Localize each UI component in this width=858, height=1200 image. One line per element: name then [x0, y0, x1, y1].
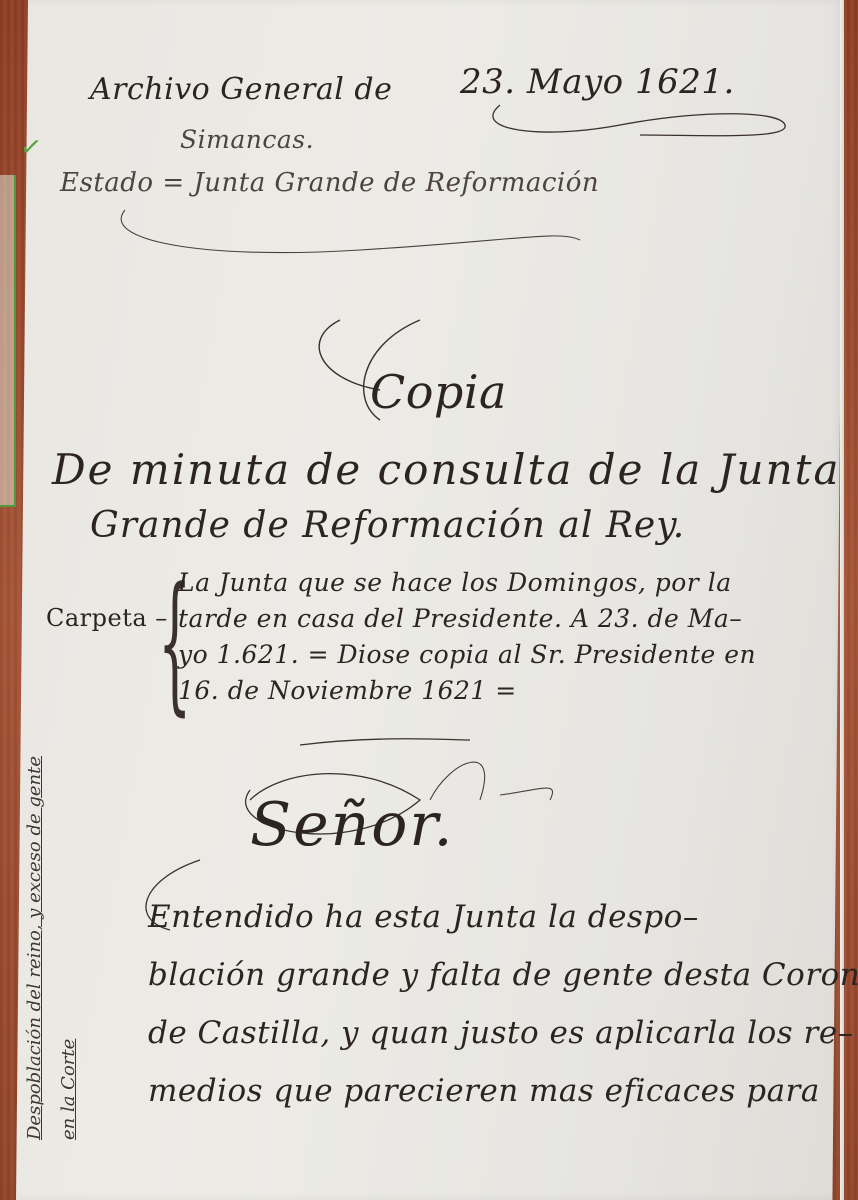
copy-title: Copia: [370, 365, 507, 419]
section-heading: Estado = Junta Grande de Reformación: [60, 168, 599, 198]
carpeta-label: Carpeta –: [46, 604, 168, 632]
green-marker-outline: [0, 175, 16, 507]
carpeta-line: 16. de Noviembre 1621 =: [178, 673, 756, 709]
body-line: blación grande y falta de gente desta Co…: [148, 946, 858, 1004]
margin-note-text: Despoblación del reino, y: [24, 903, 45, 1140]
carpeta-line: tarde en casa del Presidente. A 23. de M…: [178, 601, 756, 637]
carpeta-line: La Junta que se hace los Domingos, por l…: [178, 565, 756, 601]
body-line: de Castilla, y quan justo es aplicarla l…: [148, 1004, 858, 1062]
carpeta-line: yo 1.621. = Diose copia al Sr. President…: [178, 637, 756, 673]
body-text: Entendido ha esta Junta la despo– blació…: [148, 888, 858, 1120]
title-line-2: Grande de Reformación al Rey.: [90, 505, 685, 546]
title-line-1: De minuta de consulta de la Junta: [52, 445, 841, 494]
margin-note: Despoblación del reino, y exceso de gent…: [18, 756, 86, 1140]
body-line: medios que parecieren mas eficaces para: [148, 1062, 858, 1120]
carpeta-text: La Junta que se hace los Domingos, por l…: [178, 565, 756, 709]
salutation: Señor.: [250, 790, 455, 860]
body-line: Entendido ha esta Junta la despo–: [148, 888, 858, 946]
archive-name-line2: Simancas.: [180, 125, 314, 154]
margin-note-text: en la Corte: [58, 1039, 79, 1140]
margin-note-line-2: en la Corte: [52, 756, 86, 1140]
document-date: 23. Mayo 1621.: [460, 62, 735, 102]
margin-note-text: exceso de gente: [24, 756, 45, 903]
margin-note-line-1: Despoblación del reino, y exceso de gent…: [18, 756, 52, 1140]
archive-name-line1: Archivo General de: [90, 72, 392, 107]
